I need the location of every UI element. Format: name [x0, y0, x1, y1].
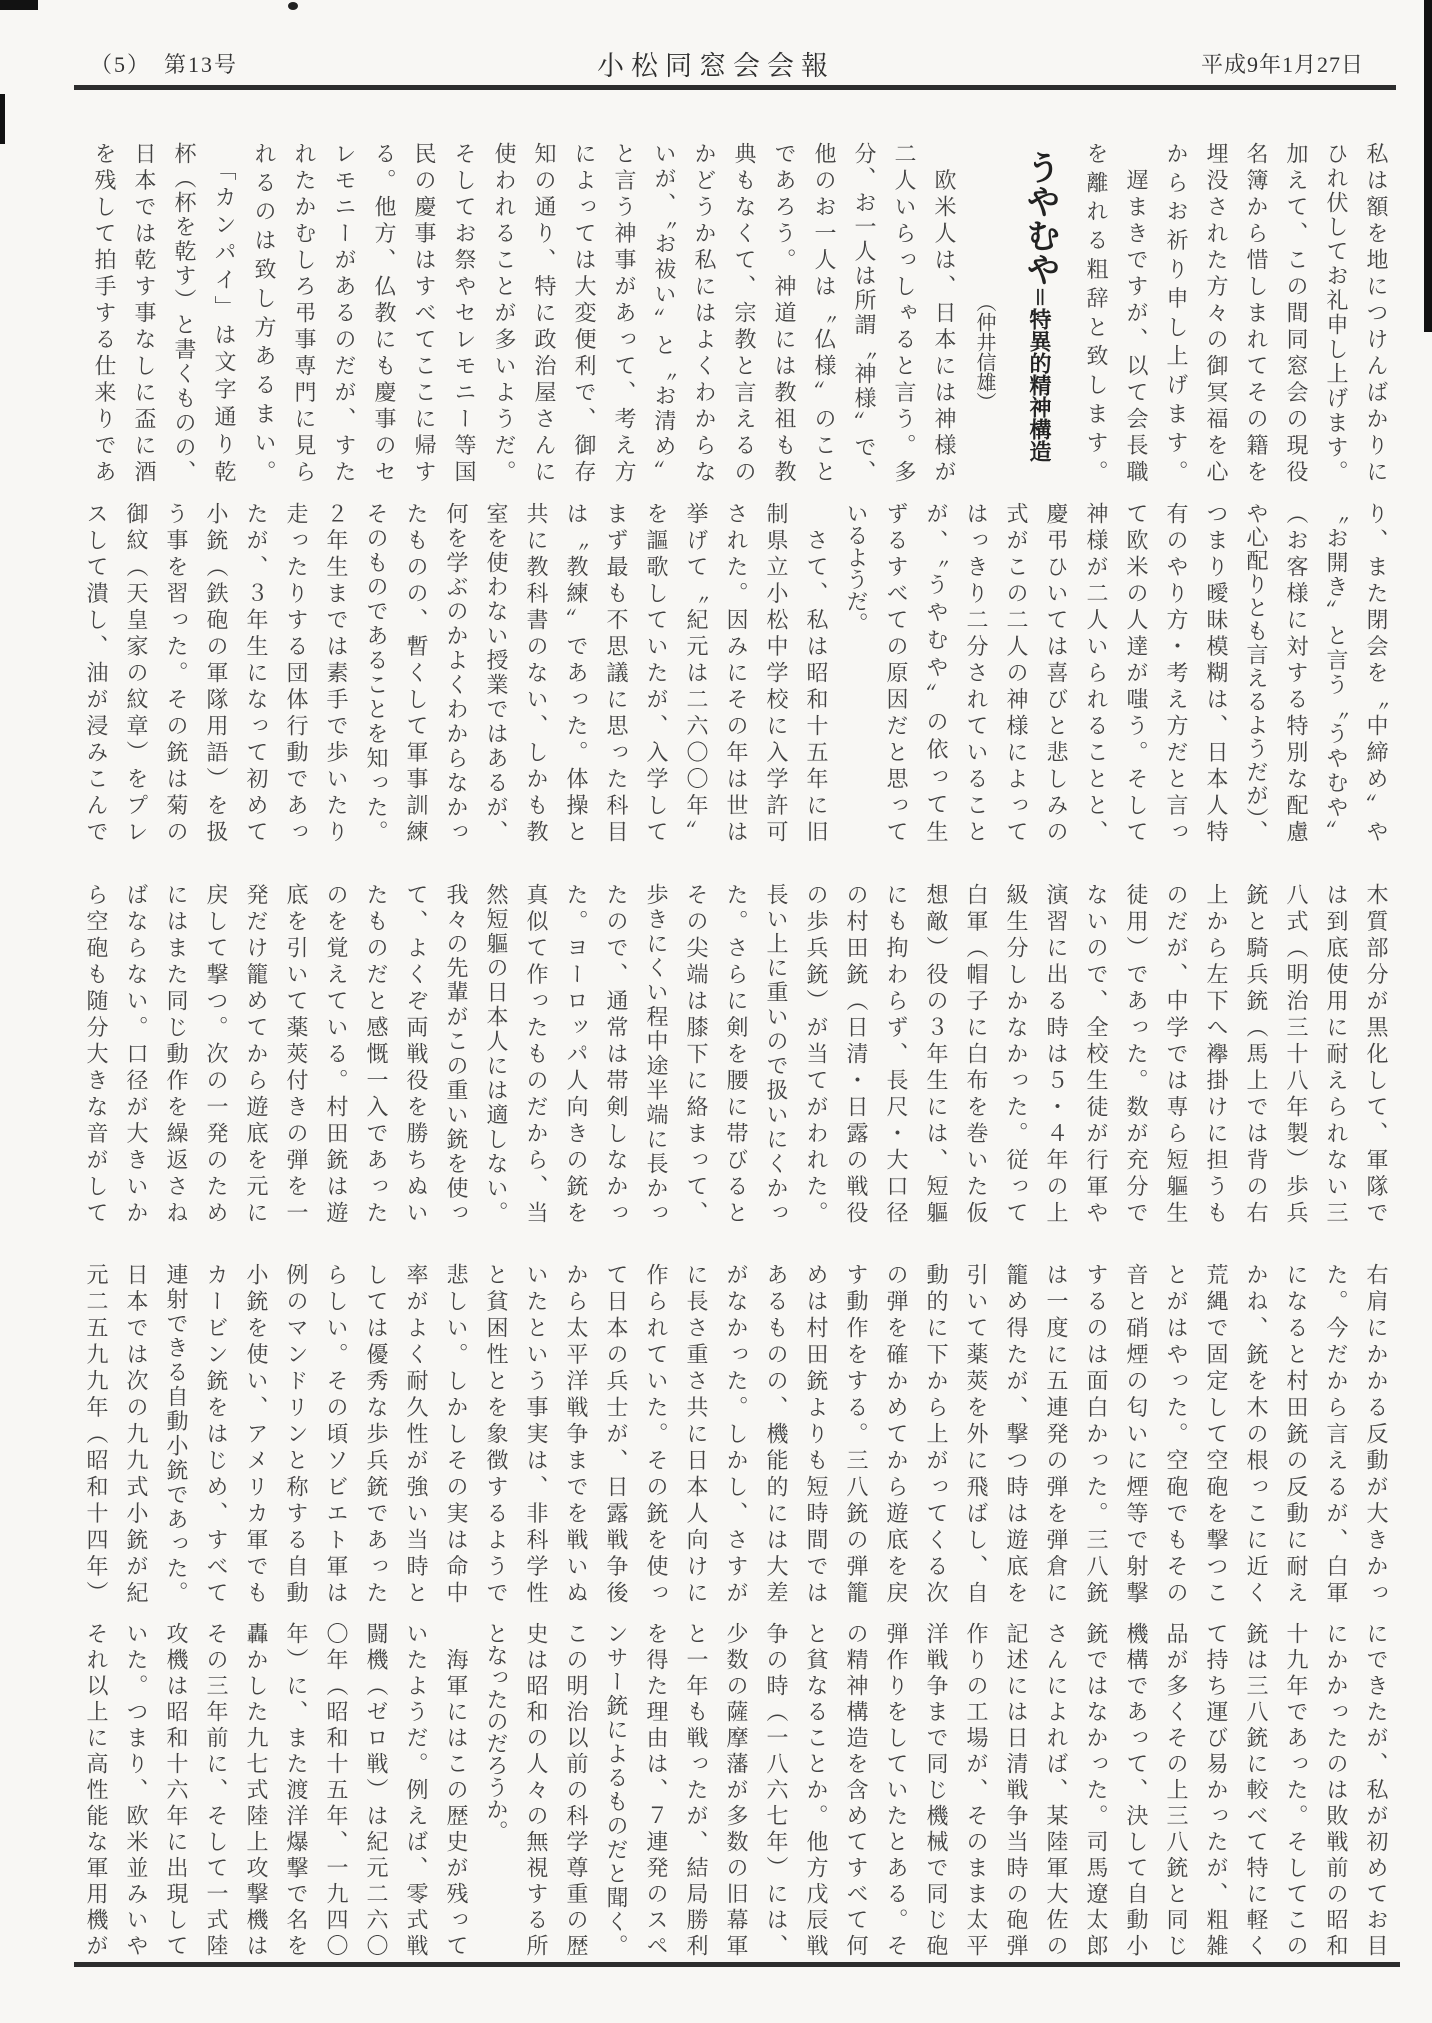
text-column: 作られていた。その銃を使っ — [636, 1263, 676, 1603]
text-band-1: 私は額を地につけんばかりにひれ伏してお礼申し上げます。加えて、この間同窓会の現役… — [76, 142, 1396, 482]
text-column: 例のマンドリンと称する自動 — [276, 1263, 316, 1603]
text-column: とがはやった。空砲でもその — [1156, 1263, 1196, 1603]
text-column: 右肩にかかる反動が大きかっ — [1356, 1263, 1396, 1603]
text-column: 御紋（天皇家の紋章）をプレ — [116, 502, 156, 842]
text-column: ないので、全校生徒が行軍や — [1076, 883, 1116, 1223]
text-column: 轟かした九七式陸上攻撃機は — [236, 1622, 276, 1956]
text-column: いたようだ。例えば、零式戦 — [396, 1622, 436, 1956]
text-column: 埋没された方々の御冥福を心 — [1196, 142, 1236, 482]
text-column: 上から左下へ襷掛けに担うも — [1196, 883, 1236, 1223]
text-column: 日本では次の九九式小銃が紀 — [116, 1263, 156, 1603]
scan-artifact-left-edge — [0, 94, 5, 144]
text-column: 音と硝煙の匂いに煙等で射撃 — [1116, 1263, 1156, 1603]
text-column: 元二五九九年（昭和十四年） — [76, 1263, 116, 1603]
text-column: 銃は三八銃に較べて特に軽く — [1236, 1622, 1276, 1956]
text-band-3: 木質部分が黒化して、軍隊では到底使用に耐えられない三八式（明治三十八年製）歩兵銃… — [76, 883, 1396, 1223]
text-column: あるものの、機能的には大差 — [756, 1263, 796, 1603]
text-column: 民の慶事はすべてここに帰す — [404, 142, 444, 482]
text-column: て持ち運び易かったが、粗雑 — [1196, 1622, 1236, 1956]
text-column: たが、３年生になって初めて — [236, 502, 276, 842]
text-column: る。他方、仏教にも慶事のセ — [364, 142, 404, 482]
text-column: しては優秀な歩兵銃であった — [356, 1263, 396, 1603]
text-column: は到底使用に耐えられない三 — [1316, 883, 1356, 1223]
text-column: 式がこの二人の神様によって — [996, 502, 1036, 842]
text-column: 十九年であった。そしてこの — [1276, 1622, 1316, 1956]
text-column: スして潰し、油が浸みこんで — [76, 502, 116, 842]
text-column: がなかった。しかし、さすが — [716, 1263, 756, 1603]
text-column: 徒用）であった。数が充分で — [1116, 883, 1156, 1223]
text-column: 記述には日清戦争当時の砲弾 — [996, 1622, 1036, 1956]
text-column: た。今だから言えるが、白軍 — [1316, 1263, 1356, 1603]
text-column: 争の時（一八六七年）には、 — [756, 1622, 796, 1956]
text-column: いた。つまり、欧米並みいや — [116, 1622, 156, 1956]
text-column: らしい。その頃ソビエト軍は — [316, 1263, 356, 1603]
text-column: 共に教科書のない、しかも教 — [516, 502, 556, 842]
text-column: であろう。神道には教祖も教 — [764, 142, 804, 482]
text-column: 小銃を使い、アメリカ軍でも — [236, 1263, 276, 1603]
text-column: が、〝うやむや〟の依って生 — [916, 502, 956, 842]
text-column: たものだと感慨一入であった — [356, 883, 396, 1223]
text-column: 使われることが多いようだ。 — [484, 142, 524, 482]
text-column: いたという事実は、非科学性 — [516, 1263, 556, 1603]
text-column: たものの、暫くして軍事訓練 — [396, 502, 436, 842]
text-column: 他のお一人は〝仏様〟のこと — [804, 142, 844, 482]
text-column: 底を引いて薬莢付きの弾を一 — [276, 883, 316, 1223]
text-column: 何を学ぶのかよくわからなかっ — [436, 502, 476, 842]
text-column: ら空砲も随分大きな音がして — [76, 883, 116, 1223]
text-column: と貧困性とを象徴するようで — [476, 1263, 516, 1603]
text-column: はっきり二分されていること — [956, 502, 996, 842]
text-column: たので、通常は帯剣しなかっ — [596, 883, 636, 1223]
text-column: 二人いらっしゃると言う。多 — [884, 142, 924, 482]
footer-divider-rule — [74, 1962, 1400, 1967]
text-column: や心配りとも言えるようだが）、 — [1236, 502, 1276, 842]
text-column: 然短軀の日本人には適しない。 — [476, 883, 516, 1223]
text-column: 品が多くその上三八銃と同じ — [1156, 1622, 1196, 1956]
text-column: 荒縄で固定して空砲を撃つこ — [1196, 1263, 1236, 1603]
text-column: れるのは致し方あるまい。 — [244, 142, 284, 482]
issue-date: 平成9年1月27日 — [1201, 48, 1364, 79]
text-column: 遅まきですが、以て会長職 — [1116, 142, 1156, 482]
text-column: カービン銃をはじめ、すべて — [196, 1263, 236, 1603]
text-column: 少数の薩摩藩が多数の旧幕軍 — [716, 1622, 756, 1956]
text-column: から太平洋戦争までを戦いぬ — [556, 1263, 596, 1603]
text-column: の村田銃（日清・日露の戦役 — [836, 883, 876, 1223]
text-column: 銃と騎兵銃（馬上では背の右 — [1236, 883, 1276, 1223]
text-column: かね、銃を木の根っこに近く — [1236, 1263, 1276, 1603]
text-column: にはまた同じ動作を繰返さね — [156, 883, 196, 1223]
text-column: 八式（明治三十八年製）歩兵 — [1276, 883, 1316, 1223]
text-column: 長い上に重いので扱いにくかっ — [756, 883, 796, 1223]
text-column: つまり曖昧模糊は、日本人特 — [1196, 502, 1236, 842]
text-column: て欧米の人達が嗤う。そして — [1116, 502, 1156, 842]
scan-artifact-top-left — [0, 0, 38, 10]
text-column: 歩きにくい程中途半端に長かっ — [636, 883, 676, 1223]
text-column: れたかむしろ弔事専門に見ら — [284, 142, 324, 482]
text-column: 典もなくて、宗教と言えるの — [724, 142, 764, 482]
text-column: 神様が二人いられることと、 — [1076, 502, 1116, 842]
text-column: と貧なることか。他方戊辰戦 — [796, 1622, 836, 1956]
text-column: まず最も不思議に思った科目 — [596, 502, 636, 842]
text-column: いるようだ。 — [836, 502, 876, 842]
text-column: のだが、中学では専ら短軀生 — [1156, 883, 1196, 1223]
text-column: になると村田銃の反動に耐え — [1276, 1263, 1316, 1603]
text-column: 「カンパイ」は文字通り乾 — [204, 142, 244, 482]
text-column: を謳歌していたが、入学して — [636, 502, 676, 842]
text-column: た。ヨーロッパ人向きの銃を — [556, 883, 596, 1223]
text-column: と一年も戦ったが、結局勝利 — [676, 1622, 716, 1956]
text-column: された。因みにその年は世は — [716, 502, 756, 842]
text-column: を離れる粗辞と致します。 — [1076, 142, 1116, 482]
text-column: に長さ重さ共に日本人向けに — [676, 1263, 716, 1603]
text-column: 海軍にはこの歴史が残って — [436, 1622, 476, 1956]
text-column: かどうか私にはよくわからな — [684, 142, 724, 482]
text-column: 攻機は昭和十六年に出現して — [156, 1622, 196, 1956]
text-column: 〝お開き〟と言う〝うやむや〟 — [1316, 502, 1356, 842]
text-column: にかかったのは敗戦前の昭和 — [1316, 1622, 1356, 1956]
text-band-5: にできたが、私が初めてお目にかかったのは敗戦前の昭和十九年であった。そしてこの銃… — [76, 1622, 1396, 1956]
text-column: 戻して撃つ。次の一発のため — [196, 883, 236, 1223]
text-column: す動作をする。三八銃の弾籠 — [836, 1263, 876, 1603]
text-column: 日本では乾す事なしに盃に酒 — [124, 142, 164, 482]
text-column: 私は額を地につけんばかりに — [1356, 142, 1396, 482]
text-column: 機構であって、決して自動小 — [1116, 1622, 1156, 1956]
scan-artifact-right-edge — [1424, 0, 1432, 332]
text-band-4: 右肩にかかる反動が大きかった。今だから言えるが、白軍になると村田銃の反動に耐えか… — [76, 1263, 1396, 1603]
text-column: 引いて薬莢を外に飛ばし、自 — [956, 1263, 996, 1603]
text-column: と言う神事があって、考え方 — [604, 142, 644, 482]
text-column: ひれ伏してお礼申し上げます。 — [1316, 142, 1356, 482]
text-column: その尖端は膝下に絡まって、 — [676, 883, 716, 1223]
text-column: 銃ではなかった。司馬遼太郎 — [1076, 1622, 1116, 1956]
text-column: 弾作りをしていたとある。そ — [876, 1622, 916, 1956]
text-column: 率がよく耐久性が強い当時と — [396, 1263, 436, 1603]
text-column: 制県立小松中学校に入学許可 — [756, 502, 796, 842]
text-column: 知の通り、特に政治屋さんに — [524, 142, 564, 482]
text-column: （お客様に対する特別な配慮 — [1276, 502, 1316, 842]
text-column: にも拘わらず、長尺・大口径 — [876, 883, 916, 1223]
text-column: 杯（杯を乾す）と書くものの、 — [164, 142, 204, 482]
text-column: 真似て作ったものだから、当 — [516, 883, 556, 1223]
text-column: 有のやり方・考え方だと言っ — [1156, 502, 1196, 842]
text-column: 挙げて〝紀元は二六〇〇年〟 — [676, 502, 716, 842]
text-column: からお祈り申し上げます。 — [1156, 142, 1196, 482]
article-title: うやむや＝特異的精神構造 — [1012, 142, 1066, 490]
text-column: 連射できる自動小銃であった。 — [156, 1263, 196, 1603]
text-column: そのものであることを知った。 — [356, 502, 396, 842]
text-column: するのは面白かった。三八銃 — [1076, 1263, 1116, 1603]
text-column: 加えて、この間同窓会の現役 — [1276, 142, 1316, 482]
text-column: 史は昭和の人々の無視する所 — [516, 1622, 556, 1956]
text-column: のを覚えている。村田銃は遊 — [316, 883, 356, 1223]
text-column: 動的に下から上がってくる次 — [916, 1263, 956, 1603]
text-column: 我々の先輩がこの重い銃を使っ — [436, 883, 476, 1223]
text-column: 木質部分が黒化して、軍隊で — [1356, 883, 1396, 1223]
text-column: さて、私は昭和十五年に旧 — [796, 502, 836, 842]
text-column: 演習に出る時は５・４年の上 — [1036, 883, 1076, 1223]
text-column: によっては大変便利で、御存 — [564, 142, 604, 482]
text-band-2: り、また閉会を〝中締め〟や〝お開き〟と言う〝うやむや〟（お客様に対する特別な配慮… — [76, 502, 1396, 842]
text-column: 想敵）役の３年生には、短軀 — [916, 883, 956, 1223]
text-column: 小銃（鉄砲の軍隊用語）を扱 — [196, 502, 236, 842]
text-column: その三年前に、そして一式陸 — [196, 1622, 236, 1956]
text-column: う事を習った。その銃は菊の — [156, 502, 196, 842]
text-column: 発だけ籠めてから遊底を元に — [236, 883, 276, 1223]
header-divider-rule — [74, 85, 1396, 90]
text-column: にできたが、私が初めてお目 — [1356, 1622, 1396, 1956]
text-column: 籠め得たが、撃つ時は遊底を — [996, 1263, 1036, 1603]
scan-artifact-dot — [288, 2, 298, 10]
text-column: を得た理由は、７連発のスペ — [636, 1622, 676, 1956]
text-column: 走ったりする団体行動であっ — [276, 502, 316, 842]
text-column: 年）に、また渡洋爆撃で名を — [276, 1622, 316, 1956]
text-column: 闘機（ゼロ戦）は紀元二六〇 — [356, 1622, 396, 1956]
text-column: た。さらに剣を腰に帯びると — [716, 883, 756, 1223]
text-column: て、よくぞ両戦役を勝ちぬい — [396, 883, 436, 1223]
text-column: レモニーがあるのだが、すた — [324, 142, 364, 482]
newsletter-page: （5） 第13号 小松同窓会会報 平成9年1月27日 私は額を地につけんばかりに… — [0, 0, 1432, 2023]
text-column: り、また閉会を〝中締め〟や — [1356, 502, 1396, 842]
text-column: 作りの工場が、そのまま太平 — [956, 1622, 996, 1956]
text-column: 慶弔ひいては喜びと悲しみの — [1036, 502, 1076, 842]
text-column: この明治以前の科学尊重の歴 — [556, 1622, 596, 1956]
text-column: 悲しい。しかしその実は命中 — [436, 1263, 476, 1603]
text-column: は〝教練〟であった。体操と — [556, 502, 596, 842]
text-column: 室を使わない授業ではあるが、 — [476, 502, 516, 842]
text-column: 名簿から惜しまれてその籍を — [1236, 142, 1276, 482]
text-column: ばならない。口径が大きいか — [116, 883, 156, 1223]
text-column: の歩兵銃）が当てがわれた。 — [796, 883, 836, 1223]
article-title-sub: ＝特異的精神構造 — [1027, 286, 1052, 462]
text-column: 欧米人は、日本には神様が — [924, 142, 964, 482]
text-column: いが、〝お祓い〟と〝お清め〟 — [644, 142, 684, 482]
article-title-main: うやむや — [1021, 150, 1058, 286]
text-column: 分、お一人は所謂〝神様〟で、 — [844, 142, 884, 482]
text-column: それ以上に高性能な軍用機が — [76, 1622, 116, 1956]
text-column: ２年生までは素手で歩いたり — [316, 502, 356, 842]
text-column: 白軍（帽子に白布を巻いた仮 — [956, 883, 996, 1223]
text-column: の精神構造を含めてすべて何 — [836, 1622, 876, 1956]
text-column: ずるすべての原因だと思って — [876, 502, 916, 842]
text-column: ンサー銃によるものだと聞く。 — [596, 1622, 636, 1956]
text-column: は一度に五連発の弾を弾倉に — [1036, 1263, 1076, 1603]
text-column: て日本の兵士が、日露戦争後 — [596, 1263, 636, 1603]
text-column: さんによれば、某陸軍大佐の — [1036, 1622, 1076, 1956]
text-column: 級生分しかなかった。従って — [996, 883, 1036, 1223]
text-column: 洋戦争まで同じ機械で同じ砲 — [916, 1622, 956, 1956]
text-column: を残して拍手する仕来りであ — [84, 142, 124, 482]
text-column: 〇年（昭和十五年、一九四〇 — [316, 1622, 356, 1956]
text-column: の弾を確かめてから遊底を戻 — [876, 1263, 916, 1603]
text-column: となったのだろうか。 — [476, 1622, 516, 1956]
text-column: そしてお祭やセレモニー等国 — [444, 142, 484, 482]
text-column: めは村田銃よりも短時間では — [796, 1263, 836, 1603]
